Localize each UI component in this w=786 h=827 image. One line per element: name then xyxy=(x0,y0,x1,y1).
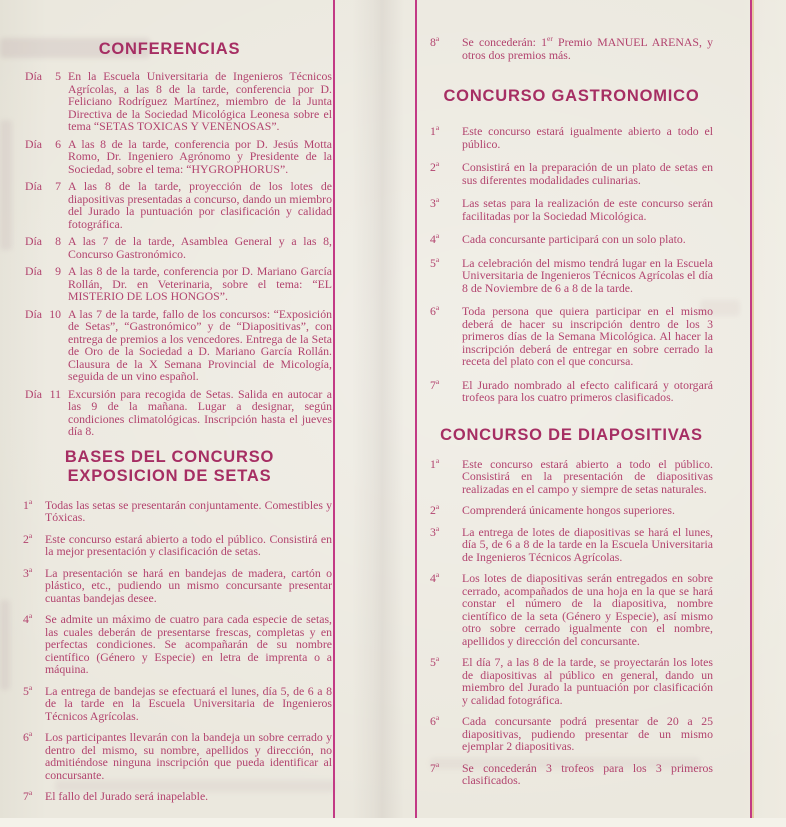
rule-item: 2a Este concurso estará abierto a todo e… xyxy=(23,533,332,558)
rule-ordinal: 8a xyxy=(430,36,462,49)
rule-text: Este concurso estará abierto a todo el p… xyxy=(45,533,332,558)
rule-text: Toda persona que quiera participar en el… xyxy=(462,305,713,368)
rule-text: Cada concursante participará con un solo… xyxy=(462,233,713,246)
rule-ordinal: 7a xyxy=(430,762,462,775)
rule-ordinal: 1a xyxy=(430,125,462,138)
day-label: Día xyxy=(25,388,47,401)
page-fold-shadow xyxy=(352,0,404,818)
day-label: Día xyxy=(25,235,47,248)
rule-ordinal: 1a xyxy=(23,499,45,512)
conference-day-item: Día 9 A las 8 de la tarde, conferencia p… xyxy=(25,265,332,303)
rule-text: Consistirá en la preparación de un plato… xyxy=(462,161,713,186)
rule-ordinal: 6a xyxy=(23,731,45,744)
rule-item: 6a Cada concursante podrá presentar de 2… xyxy=(430,715,713,753)
day-text: Excursión para recogida de Setas. Salida… xyxy=(68,388,332,438)
rule-item: 3a La entrega de lotes de diapositivas s… xyxy=(430,526,713,564)
ordinal-suffix: a xyxy=(436,570,439,579)
ordinal-suffix: a xyxy=(436,713,439,722)
rule-ordinal: 6a xyxy=(430,715,462,728)
rule-item: 3a Las setas para la realización de este… xyxy=(430,197,713,222)
day-text: En la Escuela Universitaria de Ingeniero… xyxy=(68,70,332,133)
rule-ordinal: 7a xyxy=(430,379,462,392)
day-label: Día xyxy=(25,180,47,193)
rule-text: La entrega de bandejas se efectuará el l… xyxy=(45,685,332,723)
rule-item: 5a La entrega de bandejas se efectuará e… xyxy=(23,685,332,723)
bases-concurso-heading: BASES DEL CONCURSO EXPOSICION DE SETAS xyxy=(25,448,314,486)
rule-text: El fallo del Jurado será inapelable. xyxy=(45,790,332,803)
rule-item: 6a Toda persona que quiera participar en… xyxy=(430,305,713,368)
ordinal-suffix: a xyxy=(436,123,439,132)
ordinal-suffix: a xyxy=(436,231,439,240)
gastronomico-heading: CONCURSO GASTRONOMICO xyxy=(430,87,713,105)
ordinal-suffix: a xyxy=(436,654,439,663)
ordinal-suffix: a xyxy=(29,683,32,692)
day-text: A las 8 de la tarde, conferencia por D. … xyxy=(68,138,332,176)
rule-ordinal: 7a xyxy=(23,790,45,803)
column-divider-rule-left xyxy=(333,0,335,818)
day-label: Día xyxy=(25,70,47,83)
rule-item: 4a Se admite un máximo de cuatro para ca… xyxy=(23,613,332,676)
ordinal-suffix: a xyxy=(29,497,32,506)
column-divider-rule-right xyxy=(750,0,752,818)
rule-item: 5a La celebración del mismo tendrá lugar… xyxy=(430,257,713,295)
day-text: A las 8 de la tarde, proyección de los l… xyxy=(68,180,332,230)
ordinal-suffix: a xyxy=(29,531,32,540)
day-label: Día xyxy=(25,265,47,278)
ordinal-suffix: a xyxy=(29,565,32,574)
rule-ordinal: 2a xyxy=(430,161,462,174)
ordinal-suffix: a xyxy=(29,611,32,620)
scan-bleedthrough-artifact xyxy=(0,600,10,690)
rule-item: 2a Comprenderá únicamente hongos superio… xyxy=(430,504,713,517)
left-page-column: CONFERENCIAS Día 5 En la Escuela Univers… xyxy=(25,40,332,812)
conference-day-item: Día 10 A las 7 de la tarde, fallo de los… xyxy=(25,308,332,383)
rule-item: 3a La presentación se hará en bandejas d… xyxy=(23,567,332,605)
rule-text: El día 7, a las 8 de la tarde, se proyec… xyxy=(462,656,713,706)
day-number: 8 xyxy=(47,235,61,248)
rule-item: 1a Este concurso estará igualmente abier… xyxy=(430,125,713,150)
ordinal-suffix: a xyxy=(436,159,439,168)
rule-ordinal: 5a xyxy=(430,257,462,270)
rule-item: 7a Se concederán 3 trofeos para los 3 pr… xyxy=(430,762,713,787)
rule-item: 1a Todas las setas se presentarán conjun… xyxy=(23,499,332,524)
ordinal-suffix: a xyxy=(436,502,439,511)
column-divider-rule-middle xyxy=(415,0,417,818)
ordinal-suffix: a xyxy=(436,456,439,465)
rule-ordinal: 2a xyxy=(23,533,45,546)
conference-day-item: Día 5 En la Escuela Universitaria de Ing… xyxy=(25,70,332,133)
conference-schedule-list: Día 5 En la Escuela Universitaria de Ing… xyxy=(25,70,332,438)
rule-text: El Jurado nombrado al efecto calificará … xyxy=(462,379,713,404)
rule-ordinal: 3a xyxy=(23,567,45,580)
rule-text: Este concurso estará abierto a todo el p… xyxy=(462,458,713,496)
diapositivas-heading: CONCURSO DE DIAPOSITIVAS xyxy=(430,426,713,444)
rule-ordinal: 3a xyxy=(430,526,462,539)
gastronomico-rules-list: 1a Este concurso estará igualmente abier… xyxy=(430,125,713,404)
conference-day-item: Día 11 Excursión para recogida de Setas.… xyxy=(25,388,332,438)
rule-ordinal: 4a xyxy=(430,572,462,585)
rule-text: Comprenderá únicamente hongos superiores… xyxy=(462,504,713,517)
premio-rule-item: 8a Se concederán: 1er Premio MANUEL AREN… xyxy=(430,36,713,61)
rule-item: 7a El Jurado nombrado al efecto califica… xyxy=(430,379,713,404)
conference-day-item: Día 8 A las 7 de la tarde, Asamblea Gene… xyxy=(25,235,332,260)
rule-item: 5a El día 7, a las 8 de la tarde, se pro… xyxy=(430,656,713,706)
rule-ordinal: 5a xyxy=(23,685,45,698)
ordinal-suffix: a xyxy=(29,788,32,797)
rule-item: 2a Consistirá en la preparación de un pl… xyxy=(430,161,713,186)
day-label: Día xyxy=(25,138,47,151)
day-number: 11 xyxy=(47,388,61,401)
rule-ordinal: 6a xyxy=(430,305,462,318)
rule-text: Cada concursante podrá presentar de 20 a… xyxy=(462,715,713,753)
rule-text: Los lotes de diapositivas serán entregad… xyxy=(462,572,713,647)
day-text: A las 7 de la tarde, fallo de los concur… xyxy=(68,308,332,383)
ordinal-suffix: a xyxy=(29,729,32,738)
rule-ordinal: 4a xyxy=(23,613,45,626)
scanned-brochure-page: CONFERENCIAS Día 5 En la Escuela Univers… xyxy=(0,0,786,827)
rule-ordinal: 3a xyxy=(430,197,462,210)
rule-ordinal: 5a xyxy=(430,656,462,669)
rule-text: Este concurso estará igualmente abierto … xyxy=(462,125,713,150)
ordinal-suffix: a xyxy=(436,524,439,533)
rule-text: La entrega de lotes de diapositivas se h… xyxy=(462,526,713,564)
rule-item: 7a El fallo del Jurado será inapelable. xyxy=(23,790,332,803)
ordinal-suffix: a xyxy=(436,760,439,769)
rule-text: La presentación se hará en bandejas de m… xyxy=(45,567,332,605)
rule-item: 6a Los participantes llevarán con la ban… xyxy=(23,731,332,781)
day-text: A las 7 de la tarde, Asamblea General y … xyxy=(68,235,332,260)
conferencias-heading: CONFERENCIAS xyxy=(25,40,314,58)
ordinal-suffix: a xyxy=(436,303,439,312)
rule-ordinal: 4a xyxy=(430,233,462,246)
scan-bottom-edge xyxy=(0,818,786,827)
day-label: Día xyxy=(25,308,47,321)
rule-ordinal: 2a xyxy=(430,504,462,517)
day-number: 9 xyxy=(47,265,61,278)
day-number: 6 xyxy=(47,138,61,151)
ordinal-suffix: a xyxy=(436,195,439,204)
bases-heading-line1: BASES DEL CONCURSO xyxy=(25,448,314,467)
ordinal-suffix: a xyxy=(436,377,439,386)
day-number: 10 xyxy=(47,308,61,321)
rule-text: Las setas para la realización de este co… xyxy=(462,197,713,222)
rule-ordinal: 1a xyxy=(430,458,462,471)
conference-day-item: Día 6 A las 8 de la tarde, conferencia p… xyxy=(25,138,332,176)
diapositivas-rules-list: 1a Este concurso estará abierto a todo e… xyxy=(430,458,713,787)
bases-heading-line2: EXPOSICION DE SETAS xyxy=(25,467,314,486)
bases-rules-list: 1a Todas las setas se presentarán conjun… xyxy=(23,499,332,803)
rule-item: 4a Los lotes de diapositivas serán entre… xyxy=(430,572,713,647)
day-number: 7 xyxy=(47,180,61,193)
rule-item: 4a Cada concursante participará con un s… xyxy=(430,233,713,246)
rule-item: 1a Este concurso estará abierto a todo e… xyxy=(430,458,713,496)
rule-text: Todas las setas se presentarán conjuntam… xyxy=(45,499,332,524)
ordinal-suffix: a xyxy=(436,255,439,264)
rule-text: Los participantes llevarán con la bandej… xyxy=(45,731,332,781)
rule-text: Se admite un máximo de cuatro para cada … xyxy=(45,613,332,676)
rule-text: Se concederán 3 trofeos para los 3 prime… xyxy=(462,762,713,787)
scan-bleedthrough-artifact xyxy=(0,120,12,250)
premio-rule-text: Se concederán: 1er Premio MANUEL ARENAS,… xyxy=(462,36,713,61)
day-text: A las 8 de la tarde, conferencia por D. … xyxy=(68,265,332,303)
day-number: 5 xyxy=(47,70,61,83)
conference-day-item: Día 7 A las 8 de la tarde, proyección de… xyxy=(25,180,332,230)
rule-text: La celebración del mismo tendrá lugar en… xyxy=(462,257,713,295)
ordinal-suffix: a xyxy=(436,34,439,43)
right-page-column: 8a Se concederán: 1er Premio MANUEL AREN… xyxy=(430,36,713,796)
